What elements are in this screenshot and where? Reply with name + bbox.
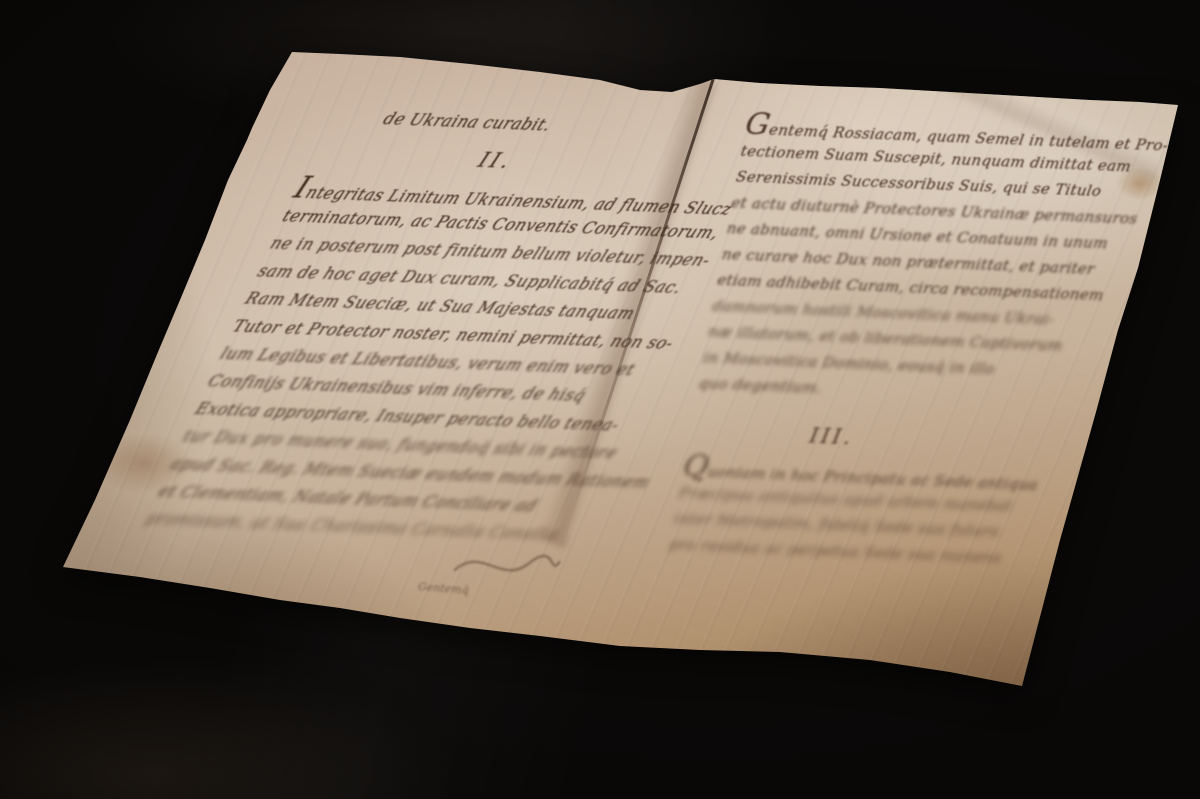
manuscript-line: et Clementiam, Natale Partum Conciliare …	[153, 477, 545, 520]
right-page: Gentemq́ Rossiacam, quam Semel in tutela…	[667, 112, 1148, 573]
manuscript-line: apud Sac. Reg. Mtem Sueciæ eundem modum …	[165, 450, 557, 493]
manuscript-line: Integritas Limitum Ukrainensium, ad flum…	[290, 175, 682, 218]
manuscript-line: Exotica appropriare, Insuper peracto bel…	[190, 395, 582, 438]
ink-flourish-icon	[449, 538, 564, 597]
catchword: Gentemq́	[418, 580, 470, 597]
manuscript-line: in Moscovitica Dominio, eousq́ in illo	[701, 344, 1105, 386]
manuscript-line: ne in posterum post finitum bellum viole…	[265, 230, 657, 273]
paper-shadow: de Ukraina curabit. II. Integritas Limit…	[0, 0, 1200, 799]
manuscript-line: Tutor et Protector noster, nemini permit…	[228, 312, 620, 355]
manuscript-line: Præcipua antiquitus apud urbem manebat	[676, 480, 1080, 522]
manuscript-line: Gentemq́ Rossiacam, quam Semel in tutela…	[743, 112, 1147, 154]
manuscript-paper: de Ukraina curabit. II. Integritas Limit…	[0, 0, 1200, 799]
manuscript-line: Quoniam in hoc Principatu ac Sede antiqu…	[681, 454, 1085, 496]
manuscript-line: Ram Mtem Sueciæ, ut Sua Majestas tanquam	[240, 285, 632, 328]
manuscript-line: terminatorum, ac Pactis Conventis Confir…	[277, 202, 669, 245]
manuscript-line: næ illatorum, et ob liberationem Captivo…	[706, 319, 1110, 361]
manuscript-line: inter Metropolim, fideliq́ Sede sua futu…	[672, 505, 1076, 547]
manuscript-line: tectionem Suam Suscepit, nunquam dimitta…	[739, 138, 1143, 180]
center-fold-line	[564, 78, 715, 535]
manuscript-line: ne abnuant, omni Ursione et Conatuum in …	[725, 215, 1129, 257]
manuscript-line: tur Dux pro munere suo, fungendoq́ sibi …	[178, 422, 570, 465]
paper-wrinkle-highlight	[945, 64, 1166, 181]
manuscript-line: Confinijs Ukrainensibus vim inferre, de …	[203, 367, 595, 410]
manuscript-line: quo degentium.	[696, 370, 1100, 412]
section-heading-iii: III.	[686, 408, 1094, 470]
manuscript-line: sam de hoc aget Dux curam, Supplicabitq́…	[252, 257, 644, 300]
manuscript-line: lum Legibus et Libertatibus, verum enim …	[215, 340, 607, 383]
manuscript-line: etiam adhibebit Curam, circa recompensat…	[715, 267, 1119, 309]
manuscript-line: promissum, ut Sua Charissima Carnalia Co…	[141, 505, 533, 548]
manuscript-line: et actu diuturnè Protectores Ukrainæ per…	[729, 189, 1133, 231]
manuscript-photo: de Ukraina curabit. II. Integritas Limit…	[0, 0, 1200, 799]
manuscript-line: pro residua ac perpetua Sede sua manens	[667, 531, 1071, 573]
manuscript-line: ne curare hoc Dux non prætermittat, et p…	[720, 241, 1124, 283]
manuscript-line: damnorum hostili Moscovitica manu Ukrai-	[710, 293, 1114, 335]
center-fold-shadow	[537, 73, 717, 548]
section-heading-ii: II.	[302, 131, 701, 190]
left-page: de Ukraina curabit. II. Integritas Limit…	[141, 102, 715, 548]
page-heading: de Ukraina curabit.	[322, 102, 715, 147]
manuscript-line: Serenissimis Successoribus Suis, qui se …	[734, 164, 1138, 206]
